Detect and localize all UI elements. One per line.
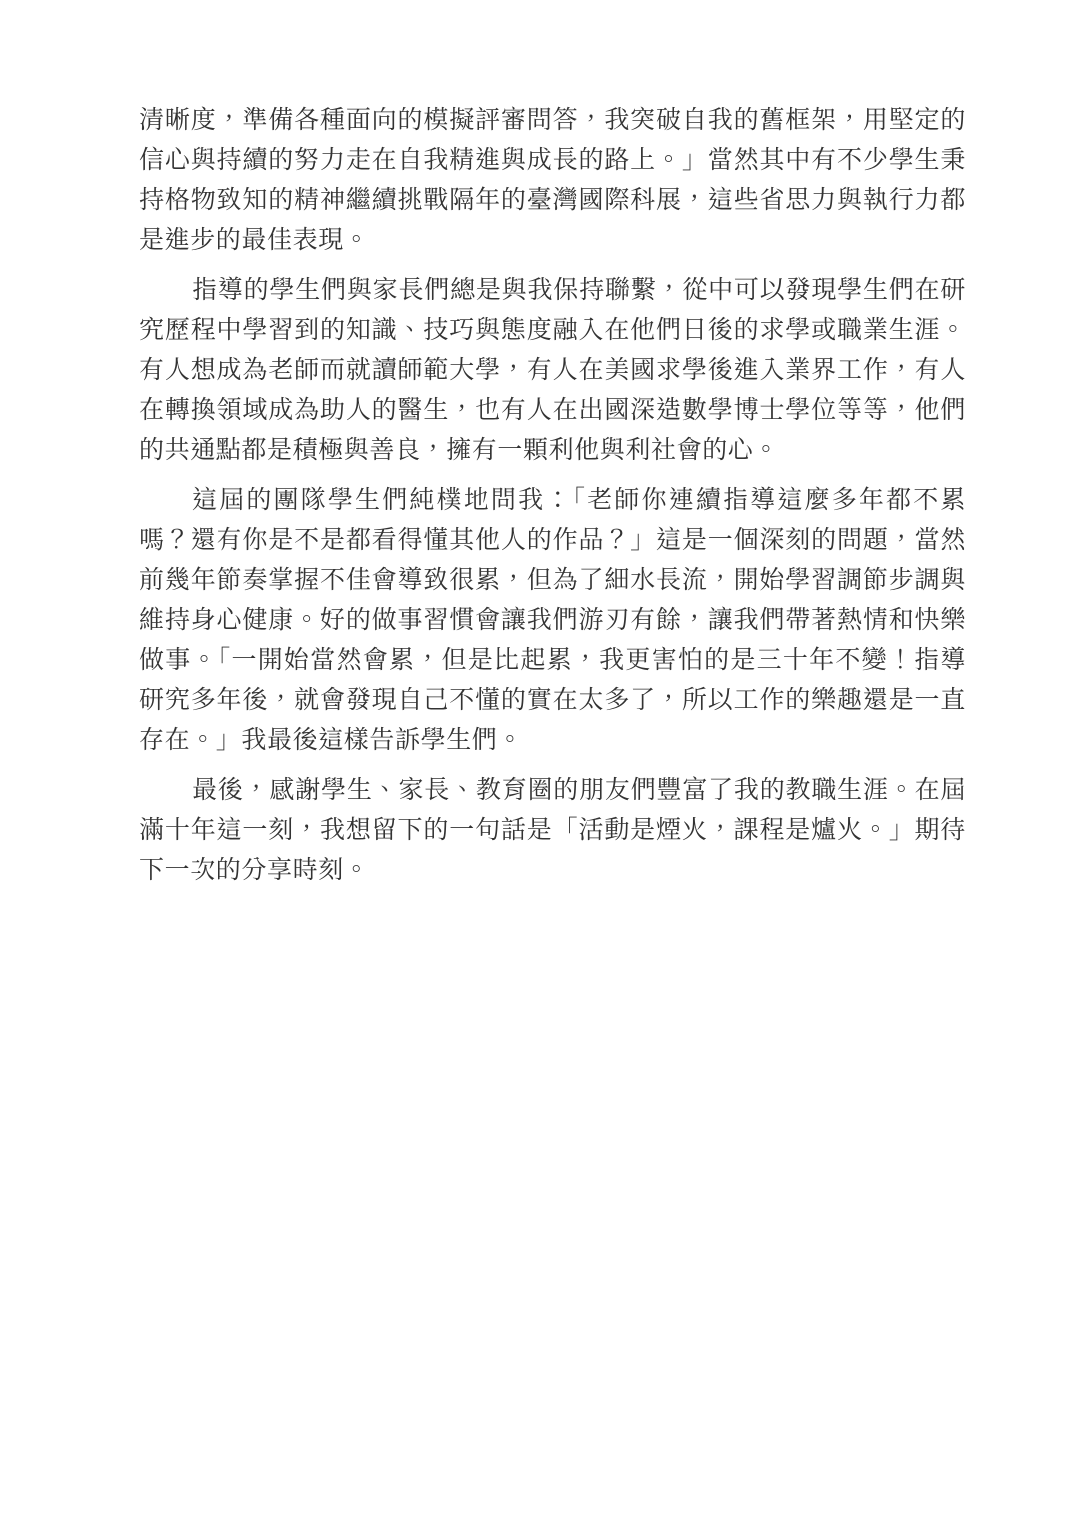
paragraph: 這屆的團隊學生們純樸地問我：「老師你連續指導這麼多年都不累嗎？還有你是不是都看得… bbox=[139, 480, 966, 760]
document-text-block: 清晰度，準備各種面向的模擬評審問答，我突破自我的舊框架，用堅定的信心與持續的努力… bbox=[139, 100, 966, 900]
paragraph: 指導的學生們與家長們總是與我保持聯繫，從中可以發現學生們在研究歷程中學習到的知識… bbox=[139, 270, 966, 470]
paragraph: 最後，感謝學生、家長、教育圈的朋友們豐富了我的教職生涯。在屆滿十年這一刻，我想留… bbox=[139, 770, 966, 890]
document-page: 清晰度，準備各種面向的模擬評審問答，我突破自我的舊框架，用堅定的信心與持續的努力… bbox=[0, 0, 1076, 1521]
paragraph: 清晰度，準備各種面向的模擬評審問答，我突破自我的舊框架，用堅定的信心與持續的努力… bbox=[139, 100, 966, 260]
